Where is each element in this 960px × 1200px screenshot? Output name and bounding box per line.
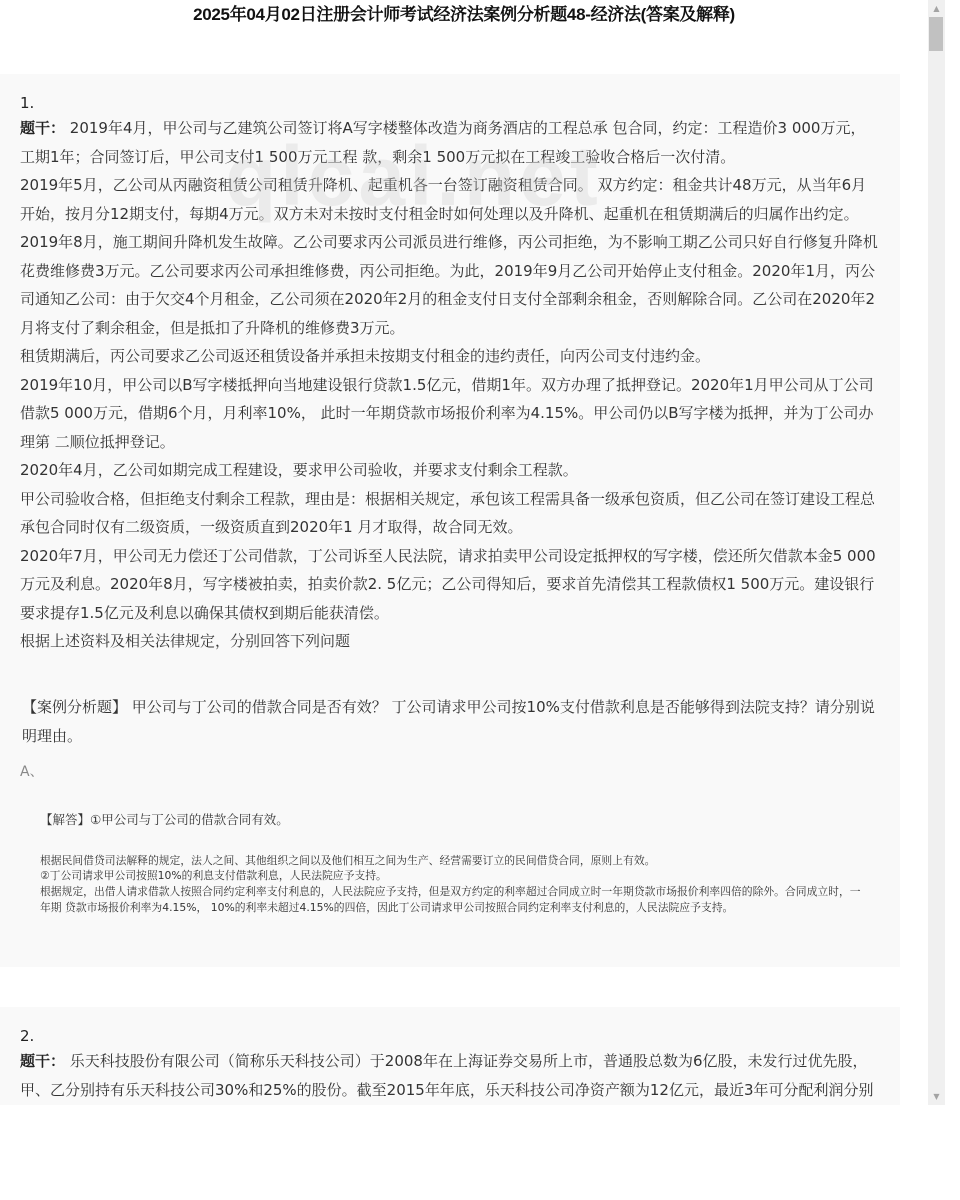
- answer-line: 根据民间借贷司法解释的规定，法人之间、其他组织之间以及他们相互之间为生产、经营需…: [40, 853, 866, 869]
- stem-paragraph: 2020年4月，乙公司如期完成工程建设，要求甲公司验收，并要求支付剩余工程款。: [20, 456, 880, 485]
- answer-line: ②丁公司请求甲公司按照10%的利息支付借款利息，人民法院应予支持。: [40, 868, 866, 884]
- stem-paragraph: 2019年8月，施工期间升降机发生故障。乙公司要求丙公司派员进行维修，丙公司拒绝…: [20, 228, 880, 342]
- scroll-down-arrow-icon[interactable]: ▼: [928, 1088, 945, 1105]
- question-number: 1.: [20, 92, 880, 114]
- question-stem: 题干： 乐天科技股份有限公司（简称乐天科技公司）于2008年在上海证券交易所上市…: [20, 1047, 880, 1105]
- case-question: 【案例分析题】 甲公司与丁公司的借款合同是否有效？ 丁公司请求甲公司按10%支付…: [20, 693, 880, 751]
- blank-area: [0, 1105, 960, 1200]
- page-title: 2025年04月02日注册会计师考试经济法案例分析题48-经济法(答案及解释): [0, 2, 928, 28]
- stem-label: 题干：: [20, 119, 65, 137]
- answer-line: 根据规定，出借人请求借款人按照合同约定利率支付利息的，人民法院应予支持，但是双方…: [40, 884, 866, 916]
- question-stem: 题干： 2019年4月，甲公司与乙建筑公司签订将A写字楼整体改造为商务酒店的工程…: [20, 114, 880, 656]
- stem-paragraph: 2019年10月，甲公司以B写字楼抵押向当地建设银行贷款1.5亿元，借期1年。双…: [20, 371, 880, 457]
- question-number: 2.: [20, 1025, 880, 1047]
- stem-paragraph: 2019年5月，乙公司从丙融资租赁公司租赁升降机、起重机各一台签订融资租赁合同。…: [20, 171, 880, 228]
- stem-paragraph: 题干： 乐天科技股份有限公司（简称乐天科技公司）于2008年在上海证券交易所上市…: [20, 1047, 880, 1105]
- stem-paragraph: 根据上述资料及相关法律规定，分别回答下列问题: [20, 627, 880, 656]
- stem-paragraph: 租赁期满后，丙公司要求乙公司返还租赁设备并承担未按期支付租金的违约责任，向丙公司…: [20, 342, 880, 371]
- scroll-up-arrow-icon[interactable]: ▲: [928, 0, 945, 17]
- answer-heading: 【解答】①甲公司与丁公司的借款合同有效。: [20, 811, 880, 829]
- answer-explanation: 根据民间借贷司法解释的规定，法人之间、其他组织之间以及他们相互之间为生产、经营需…: [20, 853, 880, 916]
- vertical-scrollbar[interactable]: ▲ ▼: [928, 0, 945, 1105]
- stem-paragraph: 题干： 2019年4月，甲公司与乙建筑公司签订将A写字楼整体改造为商务酒店的工程…: [20, 114, 880, 171]
- page-viewport: 2025年04月02日注册会计师考试经济法案例分析题48-经济法(答案及解释) …: [0, 0, 928, 1105]
- stem-label: 题干：: [20, 1052, 65, 1070]
- question-card-2: 2. 题干： 乐天科技股份有限公司（简称乐天科技公司）于2008年在上海证券交易…: [0, 1007, 900, 1105]
- stem-paragraph: 2020年7月，甲公司无力偿还丁公司借款，丁公司诉至人民法院，请求拍卖甲公司设定…: [20, 542, 880, 628]
- stem-paragraph: 甲公司验收合格，但拒绝支付剩余工程款，理由是：根据相关规定，承包该工程需具备一级…: [20, 485, 880, 542]
- question-card-1: 1. 题干： 2019年4月，甲公司与乙建筑公司签订将A写字楼整体改造为商务酒店…: [0, 74, 900, 967]
- scrollbar-thumb[interactable]: [929, 17, 943, 51]
- answer-option-a[interactable]: A、: [20, 761, 880, 783]
